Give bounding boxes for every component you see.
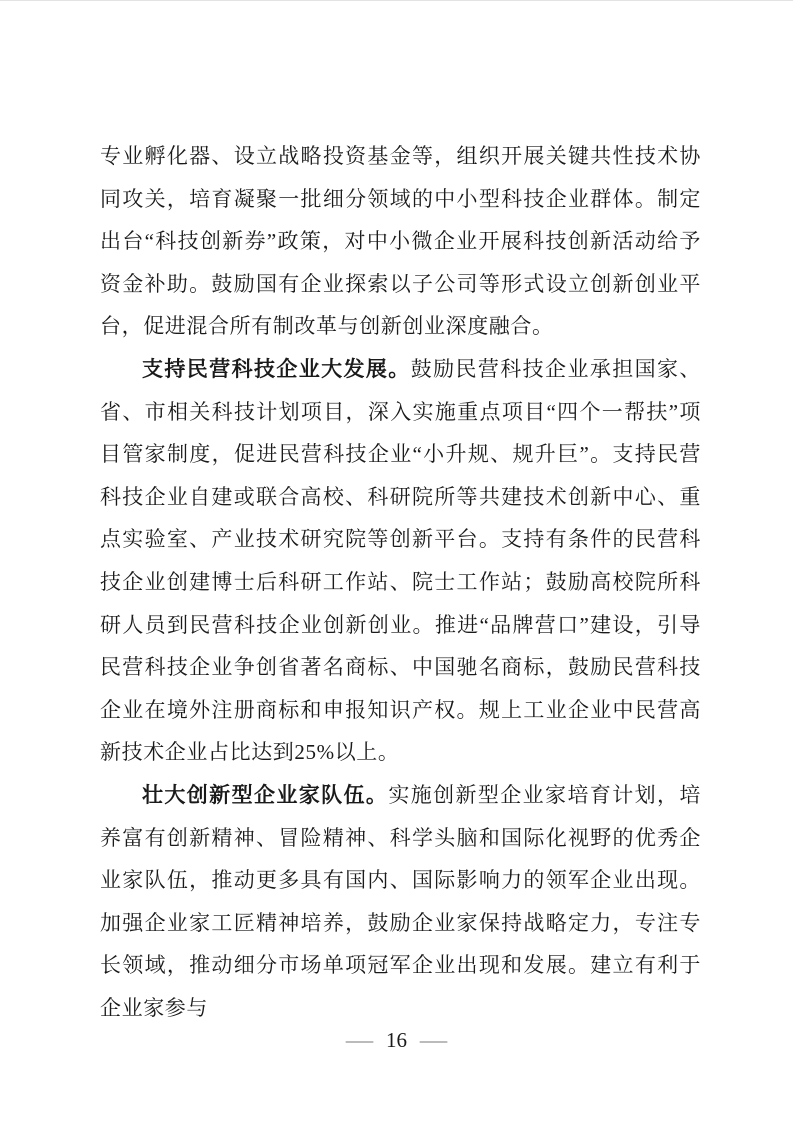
paragraph-text: 鼓励民营科技企业承担国家、省、市相关科技计划项目，深入实施重点项目“四个一帮扶”…	[100, 357, 701, 764]
paragraph: 支持民营科技企业大发展。鼓励民营科技企业承担国家、省、市相关科技计划项目，深入实…	[100, 348, 701, 774]
footer-dash-right: —	[420, 1025, 447, 1055]
paragraph: 专业孵化器、设立战略投资基金等，组织开展关键共性技术协同攻关，培育凝聚一批细分领…	[100, 135, 701, 348]
page-number: 16	[386, 1028, 407, 1052]
document-page: 专业孵化器、设立战略投资基金等，组织开展关键共性技术协同攻关，培育凝聚一批细分领…	[0, 0, 793, 1123]
paragraph-text: 实施创新型企业家培育计划，培养富有创新精神、冒险精神、科学头脑和国际化视野的优秀…	[100, 783, 701, 1020]
page-footer: —16—	[0, 1025, 793, 1055]
paragraph: 壮大创新型企业家队伍。实施创新型企业家培育计划，培养富有创新精神、冒险精神、科学…	[100, 774, 701, 1030]
text-block: 专业孵化器、设立战略投资基金等，组织开展关键共性技术协同攻关，培育凝聚一批细分领…	[100, 135, 701, 1029]
footer-dash-left: —	[346, 1025, 373, 1055]
paragraph-lead: 壮大创新型企业家队伍。	[142, 783, 388, 807]
paragraph-lead: 支持民营科技企业大发展。	[142, 357, 411, 381]
paragraph-text: 专业孵化器、设立战略投资基金等，组织开展关键共性技术协同攻关，培育凝聚一批细分领…	[100, 144, 701, 338]
